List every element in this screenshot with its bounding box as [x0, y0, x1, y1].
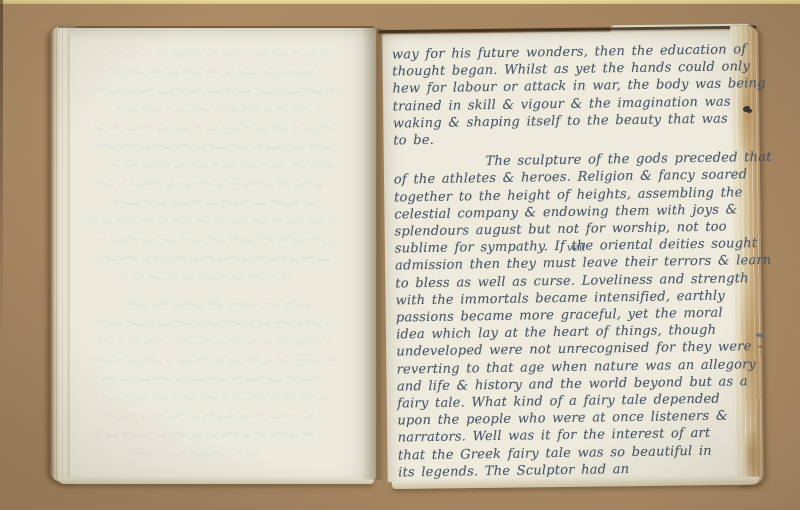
handwriting-lines: veil way for his future wonders, then th…: [392, 41, 736, 481]
left-page-bottom-edge: [58, 478, 374, 484]
right-manuscript-page: veil way for his future wonders, then th…: [382, 30, 739, 482]
photo-backdrop: veil way for his future wonders, then th…: [0, 0, 800, 510]
photo-top-strip: [0, 0, 800, 4]
show-through-writing: [70, 28, 376, 480]
photo-edge-shadow: [0, 0, 3, 340]
inserted-word: veil: [567, 242, 586, 254]
left-blank-page: [70, 28, 376, 480]
